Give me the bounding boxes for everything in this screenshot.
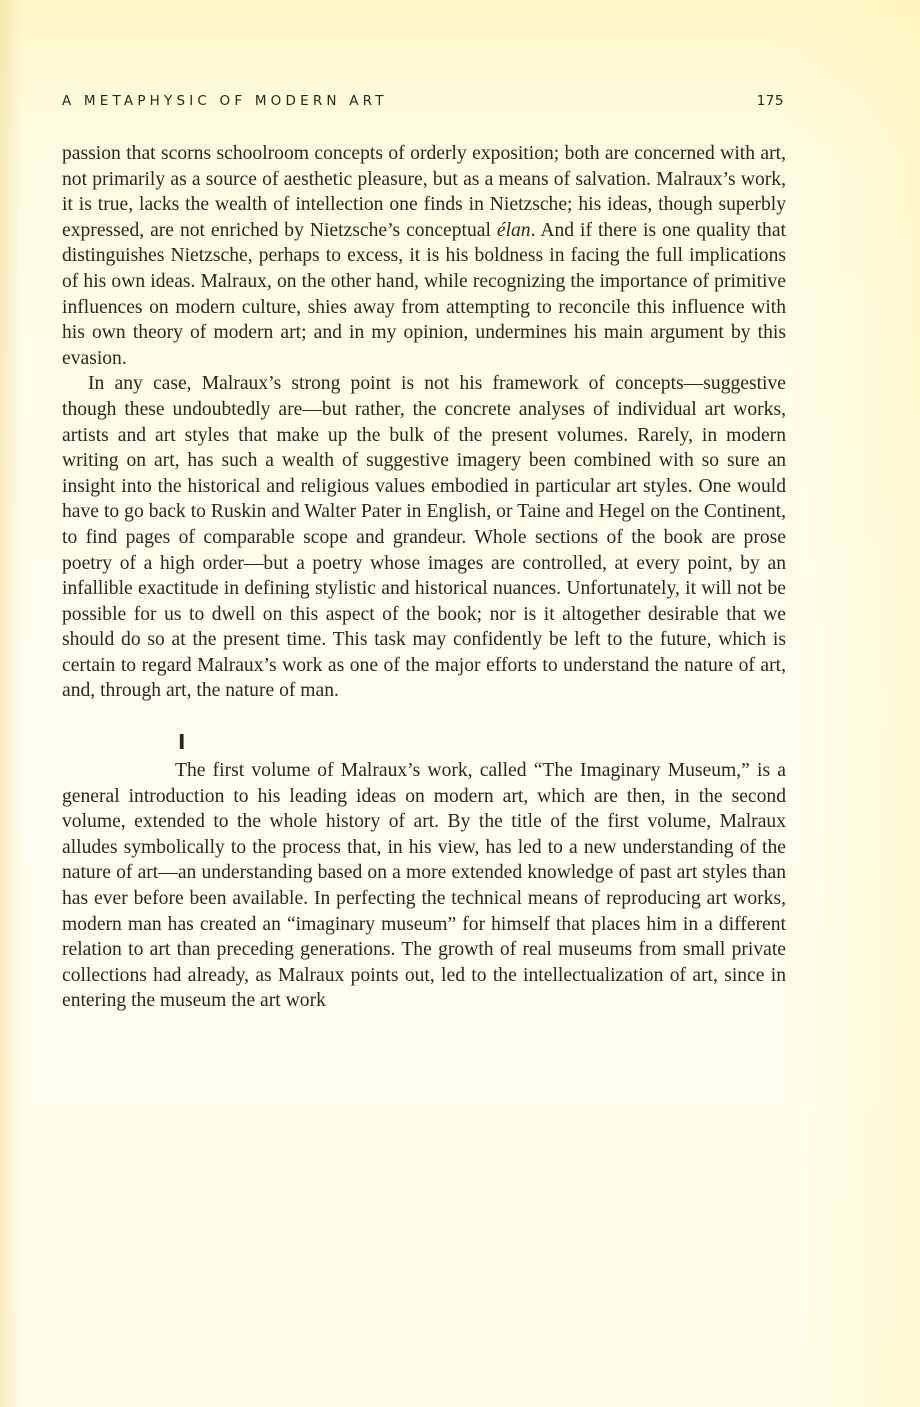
- running-head: A METAPHYSIC OF MODERN ART 175: [62, 93, 786, 115]
- running-head-title: A METAPHYSIC OF MODERN ART: [62, 93, 388, 109]
- body-text: passion that scorns schoolroom concepts …: [62, 141, 786, 1014]
- paragraph-1-text-b: . And if there is one quality that disti…: [62, 220, 786, 369]
- paragraph-1: passion that scorns schoolroom concepts …: [62, 141, 786, 371]
- italic-term: élan: [497, 220, 531, 241]
- section-1-paragraph: The first volume of Malraux’s work, call…: [62, 758, 786, 1014]
- section-number: I: [178, 729, 786, 755]
- page-number: 175: [757, 93, 786, 109]
- paragraph-2: In any case, Malraux’s strong point is n…: [62, 371, 786, 704]
- book-page: A METAPHYSIC OF MODERN ART 175 passion t…: [62, 93, 786, 1014]
